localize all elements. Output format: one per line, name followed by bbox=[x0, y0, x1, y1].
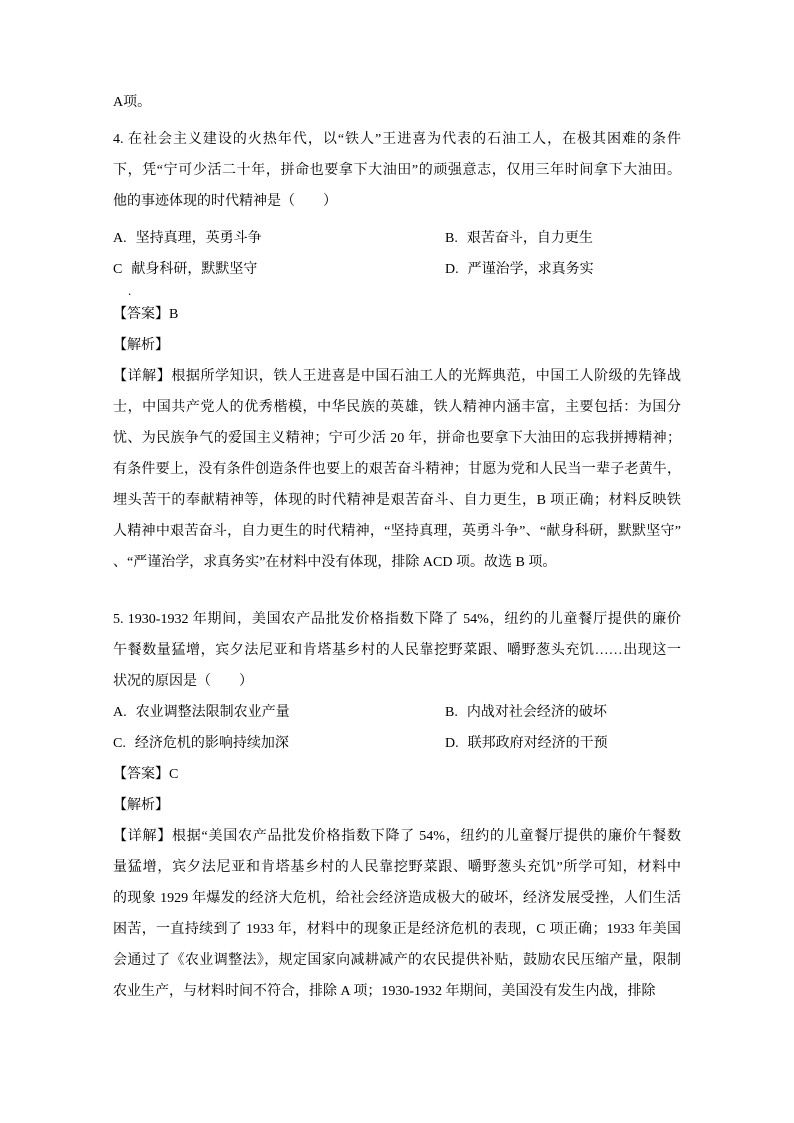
question-4-options: A.坚持真理，英勇斗争 B.艰苦奋斗，自力更生 C献身科研，默默坚守 D.严谨治… bbox=[113, 223, 681, 299]
option-label: B. bbox=[445, 705, 458, 720]
document-page: A项。 4. 在社会主义建设的火热年代，以“铁人”王进喜为代表的石油工人，在极其… bbox=[0, 0, 794, 1123]
text-line: 午餐数量猛增，宾夕法尼亚和肯塔基乡村的人民靠挖野菜跟、嚼野葱头充饥……出现这一 bbox=[113, 635, 681, 666]
q4-option-c-stray-period: . bbox=[113, 285, 681, 299]
q4-option-b: B.艰苦奋斗，自力更生 bbox=[445, 223, 681, 254]
option-text: 献身科研，默默坚守 bbox=[131, 262, 257, 277]
q4-option-a: A.坚持真理，英勇斗争 bbox=[113, 223, 445, 254]
option-label: A. bbox=[113, 231, 127, 246]
text-line: 的现象 1929 年爆发的经济大危机，给社会经济造成极大的破坏，经济发展受挫，人… bbox=[113, 883, 681, 914]
answer-label: 【答案】 bbox=[113, 767, 169, 782]
text-line: 【详解】根据所学知识，铁人王进喜是中国石油工人的光辉典范，中国工人阶级的先锋战 bbox=[113, 361, 681, 392]
text-line: 农业生产，与材料时间不符合，排除 A 项；1930-1932 年期间，美国没有发… bbox=[113, 976, 681, 1007]
q3-remainder-line: A项。 bbox=[113, 87, 681, 118]
text-line: 会通过了《农业调整法》，规定国家向减耕减产的农民提供补贴，鼓励农民压缩产量，限制 bbox=[113, 945, 681, 976]
option-text: 农业调整法限制农业产量 bbox=[136, 705, 290, 720]
question-5-stem: 5. 1930-1932 年期间，美国农产品批发价格指数下降了 54%，纽约的儿… bbox=[113, 604, 681, 697]
blank-line bbox=[113, 578, 681, 598]
option-text: 内战对社会经济的破坏 bbox=[467, 705, 607, 720]
q4-option-d: D.严谨治学，求真务实 bbox=[445, 254, 681, 285]
q4-answer-line: 【答案】B bbox=[113, 299, 681, 330]
question-4-stem: 4. 在社会主义建设的火热年代，以“铁人”王进喜为代表的石油工人，在极其困难的条… bbox=[113, 124, 681, 217]
q5-option-d: D.联邦政府对经济的干预 bbox=[445, 728, 681, 759]
option-text: 艰苦奋斗，自力更生 bbox=[467, 231, 593, 246]
q4-analysis-label-line: 【解析】 bbox=[113, 330, 681, 361]
option-label: C. bbox=[113, 736, 126, 751]
question-5-options: A.农业调整法限制农业产量 B.内战对社会经济的破坏 C.经济危机的影响持续加深… bbox=[113, 697, 681, 759]
text-line: 埋头苦干的奉献精神等，体现的时代精神是艰苦奋斗、自力更生，B 项正确；材料反映铁 bbox=[113, 485, 681, 516]
option-text: 严谨治学，求真务实 bbox=[468, 262, 594, 277]
answer-value: C bbox=[169, 767, 178, 782]
option-text: 坚持真理，英勇斗争 bbox=[136, 231, 262, 246]
text-line: 【详解】根据“美国农产品批发价格指数下降了 54%，纽约的儿童餐厅提供的廉价午餐… bbox=[113, 821, 681, 852]
option-label: A. bbox=[113, 705, 127, 720]
text-line: 人精神中艰苦奋斗，自力更生的时代精神，“坚持真理，英勇斗争”、“献身科研，默默坚… bbox=[113, 516, 681, 547]
text-line: 士，中国共产党人的优秀楷模，中华民族的英雄，铁人精神内涵丰富，主要包括：为国分 bbox=[113, 392, 681, 423]
option-row: A.坚持真理，英勇斗争 B.艰苦奋斗，自力更生 bbox=[113, 223, 681, 254]
text-line: 下，凭“宁可少活二十年，拼命也要拿下大油田”的顽强意志，仅用三年时间拿下大油田。 bbox=[113, 155, 681, 186]
option-label: D. bbox=[445, 736, 459, 751]
q4-option-c: C献身科研，默默坚守 bbox=[113, 254, 445, 285]
option-row: A.农业调整法限制农业产量 B.内战对社会经济的破坏 bbox=[113, 697, 681, 728]
option-text: 经济危机的影响持续加深 bbox=[135, 736, 289, 751]
option-row: C.经济危机的影响持续加深 D.联邦政府对经济的干预 bbox=[113, 728, 681, 759]
answer-label: 【答案】 bbox=[113, 307, 169, 322]
text-line: 5. 1930-1932 年期间，美国农产品批发价格指数下降了 54%，纽约的儿… bbox=[113, 604, 681, 635]
option-text: 联邦政府对经济的干预 bbox=[468, 736, 608, 751]
q5-option-c: C.经济危机的影响持续加深 bbox=[113, 728, 445, 759]
text-line: 4. 在社会主义建设的火热年代，以“铁人”王进喜为代表的石油工人，在极其困难的条… bbox=[113, 124, 681, 155]
text-line: 他的事迹体现的时代精神是（ ） bbox=[113, 186, 681, 217]
q5-option-a: A.农业调整法限制农业产量 bbox=[113, 697, 445, 728]
answer-value: B bbox=[169, 307, 178, 322]
q5-explanation: 【详解】根据“美国农产品批发价格指数下降了 54%，纽约的儿童餐厅提供的廉价午餐… bbox=[113, 821, 681, 1007]
option-label: B. bbox=[445, 231, 458, 246]
option-label: D. bbox=[445, 262, 459, 277]
option-label: C bbox=[113, 262, 122, 277]
q5-option-b: B.内战对社会经济的破坏 bbox=[445, 697, 681, 728]
text-line: 困苦，一直持续到了 1933 年，材料中的现象正是经济危机的表现，C 项正确；1… bbox=[113, 914, 681, 945]
text-line: 量猛增，宾夕法尼亚和肯塔基乡村的人民靠挖野菜跟、嚼野葱头充饥”所学可知，材料中 bbox=[113, 852, 681, 883]
text-line: 、“严谨治学，求真务实”在材料中没有体现，排除 ACD 项。故选 B 项。 bbox=[113, 547, 681, 578]
q5-answer-line: 【答案】C bbox=[113, 759, 681, 790]
option-row: C献身科研，默默坚守 D.严谨治学，求真务实 bbox=[113, 254, 681, 285]
q5-analysis-label-line: 【解析】 bbox=[113, 790, 681, 821]
text-line: 状况的原因是（ ） bbox=[113, 666, 681, 697]
text-line: 有条件要上，没有条件创造条件也要上的艰苦奋斗精神；甘愿为党和人民当一辈子老黄牛， bbox=[113, 454, 681, 485]
q4-explanation: 【详解】根据所学知识，铁人王进喜是中国石油工人的光辉典范，中国工人阶级的先锋战 … bbox=[113, 361, 681, 578]
text-line: 忧、为民族争气的爱国主义精神；宁可少活 20 年，拼命也要拿下大油田的忘我拼搏精… bbox=[113, 423, 681, 454]
